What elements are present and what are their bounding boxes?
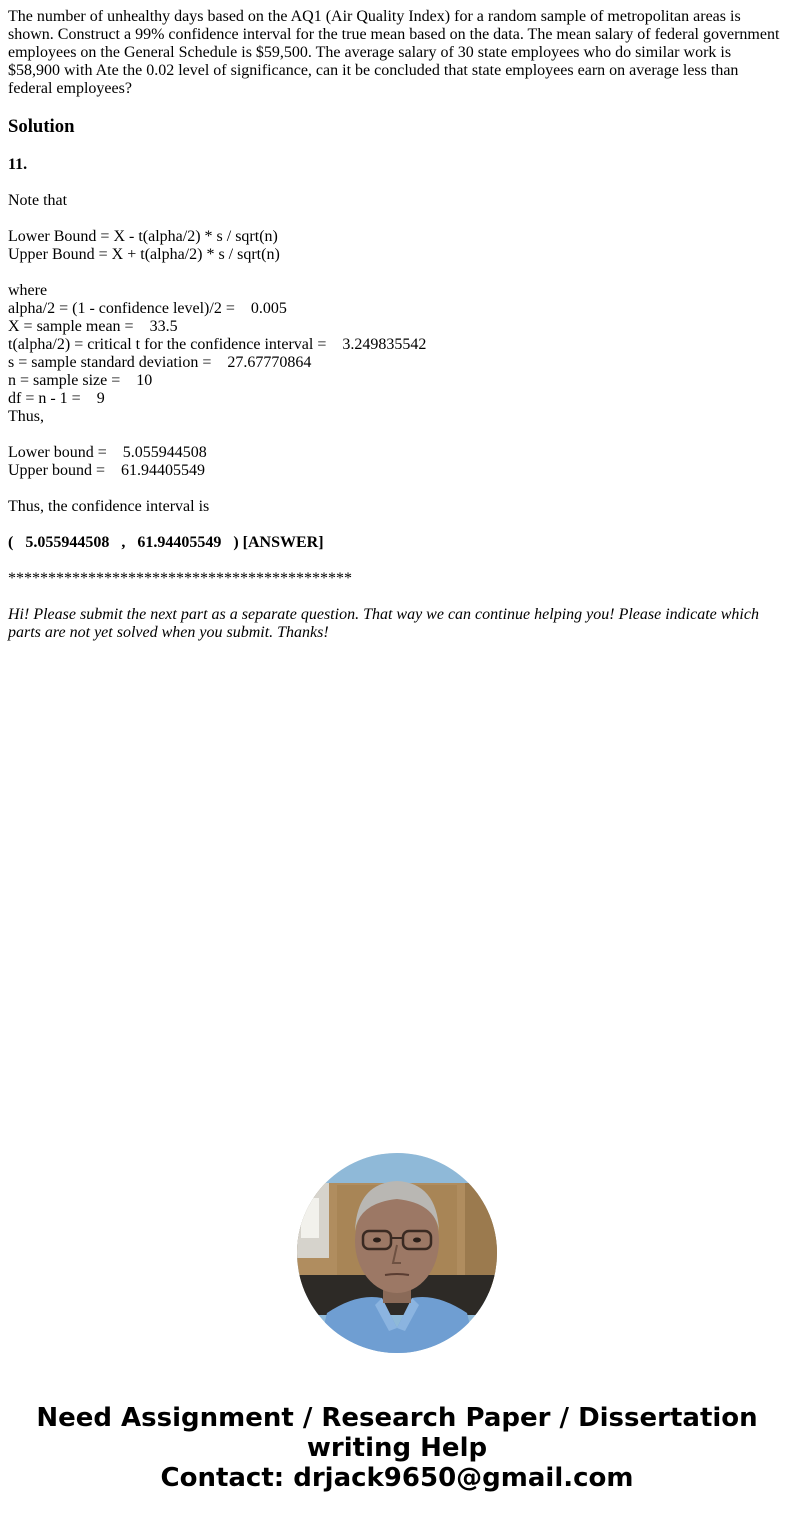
std-dev-definition: s = sample standard deviation = 27.67770… <box>8 354 786 372</box>
document-content: The number of unhealthy days based on th… <box>8 8 786 642</box>
author-photo-icon <box>297 1153 497 1353</box>
conclusion-text: Thus, the confidence interval is <box>8 498 786 516</box>
alpha-definition: alpha/2 = (1 - confidence level)/2 = 0.0… <box>8 300 786 318</box>
promo-contact: Contact: drjack9650@gmail.com <box>0 1463 794 1493</box>
answer: ( 5.055944508 , 61.94405549 ) [ANSWER] <box>8 534 786 552</box>
df-definition: df = n - 1 = 9 <box>8 390 786 408</box>
thus-label: Thus, <box>8 408 786 426</box>
solution-heading: Solution <box>8 116 786 138</box>
upper-bound-value: Upper bound = 61.94405549 <box>8 462 786 480</box>
lower-bound-value: Lower bound = 5.055944508 <box>8 444 786 462</box>
definitions-block: where alpha/2 = (1 - confidence level)/2… <box>8 282 786 426</box>
promo-banner: Need Assignment / Research Paper / Disse… <box>0 1403 794 1493</box>
formula-block: Lower Bound = X - t(alpha/2) * s / sqrt(… <box>8 228 786 264</box>
closing-note: Hi! Please submit the next part as a sep… <box>8 606 786 642</box>
upper-bound-formula: Upper Bound = X + t(alpha/2) * s / sqrt(… <box>8 246 786 264</box>
promo-line-2: writing Help <box>0 1433 794 1463</box>
portrait-illustration <box>297 1153 497 1353</box>
mean-definition: X = sample mean = 33.5 <box>8 318 786 336</box>
intro-text: Note that <box>8 192 786 210</box>
sample-size-definition: n = sample size = 10 <box>8 372 786 390</box>
question-text: The number of unhealthy days based on th… <box>8 8 786 98</box>
problem-number: 11. <box>8 156 786 174</box>
lower-bound-formula: Lower Bound = X - t(alpha/2) * s / sqrt(… <box>8 228 786 246</box>
separator: ****************************************… <box>8 570 786 588</box>
promo-line-1: Need Assignment / Research Paper / Disse… <box>0 1403 794 1433</box>
where-label: where <box>8 282 786 300</box>
critical-t-definition: t(alpha/2) = critical t for the confiden… <box>8 336 786 354</box>
bounds-block: Lower bound = 5.055944508 Upper bound = … <box>8 444 786 480</box>
